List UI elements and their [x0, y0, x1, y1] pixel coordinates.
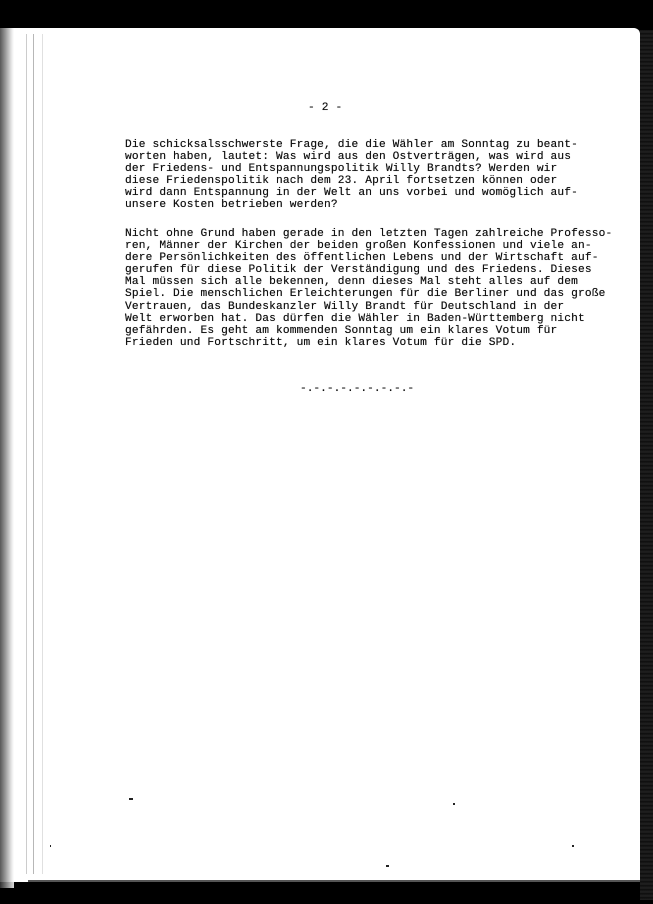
scan-speck — [453, 803, 455, 805]
scan-artifact-line — [26, 34, 27, 874]
scan-artifact-line — [42, 34, 43, 874]
text-line: Mal müssen sich alle bekennen, denn dies… — [125, 276, 612, 288]
text-line: Nicht ohne Grund haben gerade in den let… — [125, 228, 612, 240]
scan-artifact-line — [33, 34, 34, 874]
text-line: gerufen für diese Politik der Verständig… — [125, 264, 612, 276]
text-line: Spiel. Die menschlichen Erleichterungen … — [125, 288, 612, 300]
end-separator: -.-.-.-.-.-.-.-.- — [300, 383, 414, 395]
scan-speck — [129, 798, 133, 800]
text-line: der Friedens- und Entspannungspolitik Wi… — [125, 163, 578, 175]
text-line: Welt erworben hat. Das dürfen die Wähler… — [125, 313, 612, 325]
text-line: Vertrauen, das Bundeskanzler Willy Brand… — [125, 301, 612, 313]
scan-edge-shadow — [0, 28, 14, 888]
paragraph-2: Nicht ohne Grund haben gerade in den let… — [125, 228, 612, 349]
text-line: diese Friedenspolitik nach dem 23. April… — [125, 175, 578, 187]
scan-speck — [386, 865, 389, 867]
text-line: Frieden und Fortschritt, um ein klares V… — [125, 337, 612, 349]
scan-speck — [50, 845, 51, 847]
text-line: gefährden. Es geht am kommenden Sonntag … — [125, 325, 612, 337]
scan-edge-right — [640, 30, 653, 900]
paragraph-1: Die schicksalsschwerste Frage, die die W… — [125, 139, 578, 212]
text-line: wird dann Entspannung in der Welt an uns… — [125, 187, 578, 199]
scan-speck — [572, 845, 574, 847]
scanned-document: - 2 - Die schicksalsschwerste Frage, die… — [0, 0, 653, 904]
text-line: worten haben, lautet: Was wird aus den O… — [125, 151, 578, 163]
scan-edge-bottom — [28, 880, 640, 882]
text-line: unsere Kosten betrieben werden? — [125, 199, 578, 211]
page-number: - 2 - — [308, 102, 342, 114]
text-line: ren, Männer der Kirchen der beiden große… — [125, 240, 612, 252]
text-line: Die schicksalsschwerste Frage, die die W… — [125, 139, 578, 151]
text-line: dere Persönlichkeiten des öffentlichen L… — [125, 252, 612, 264]
